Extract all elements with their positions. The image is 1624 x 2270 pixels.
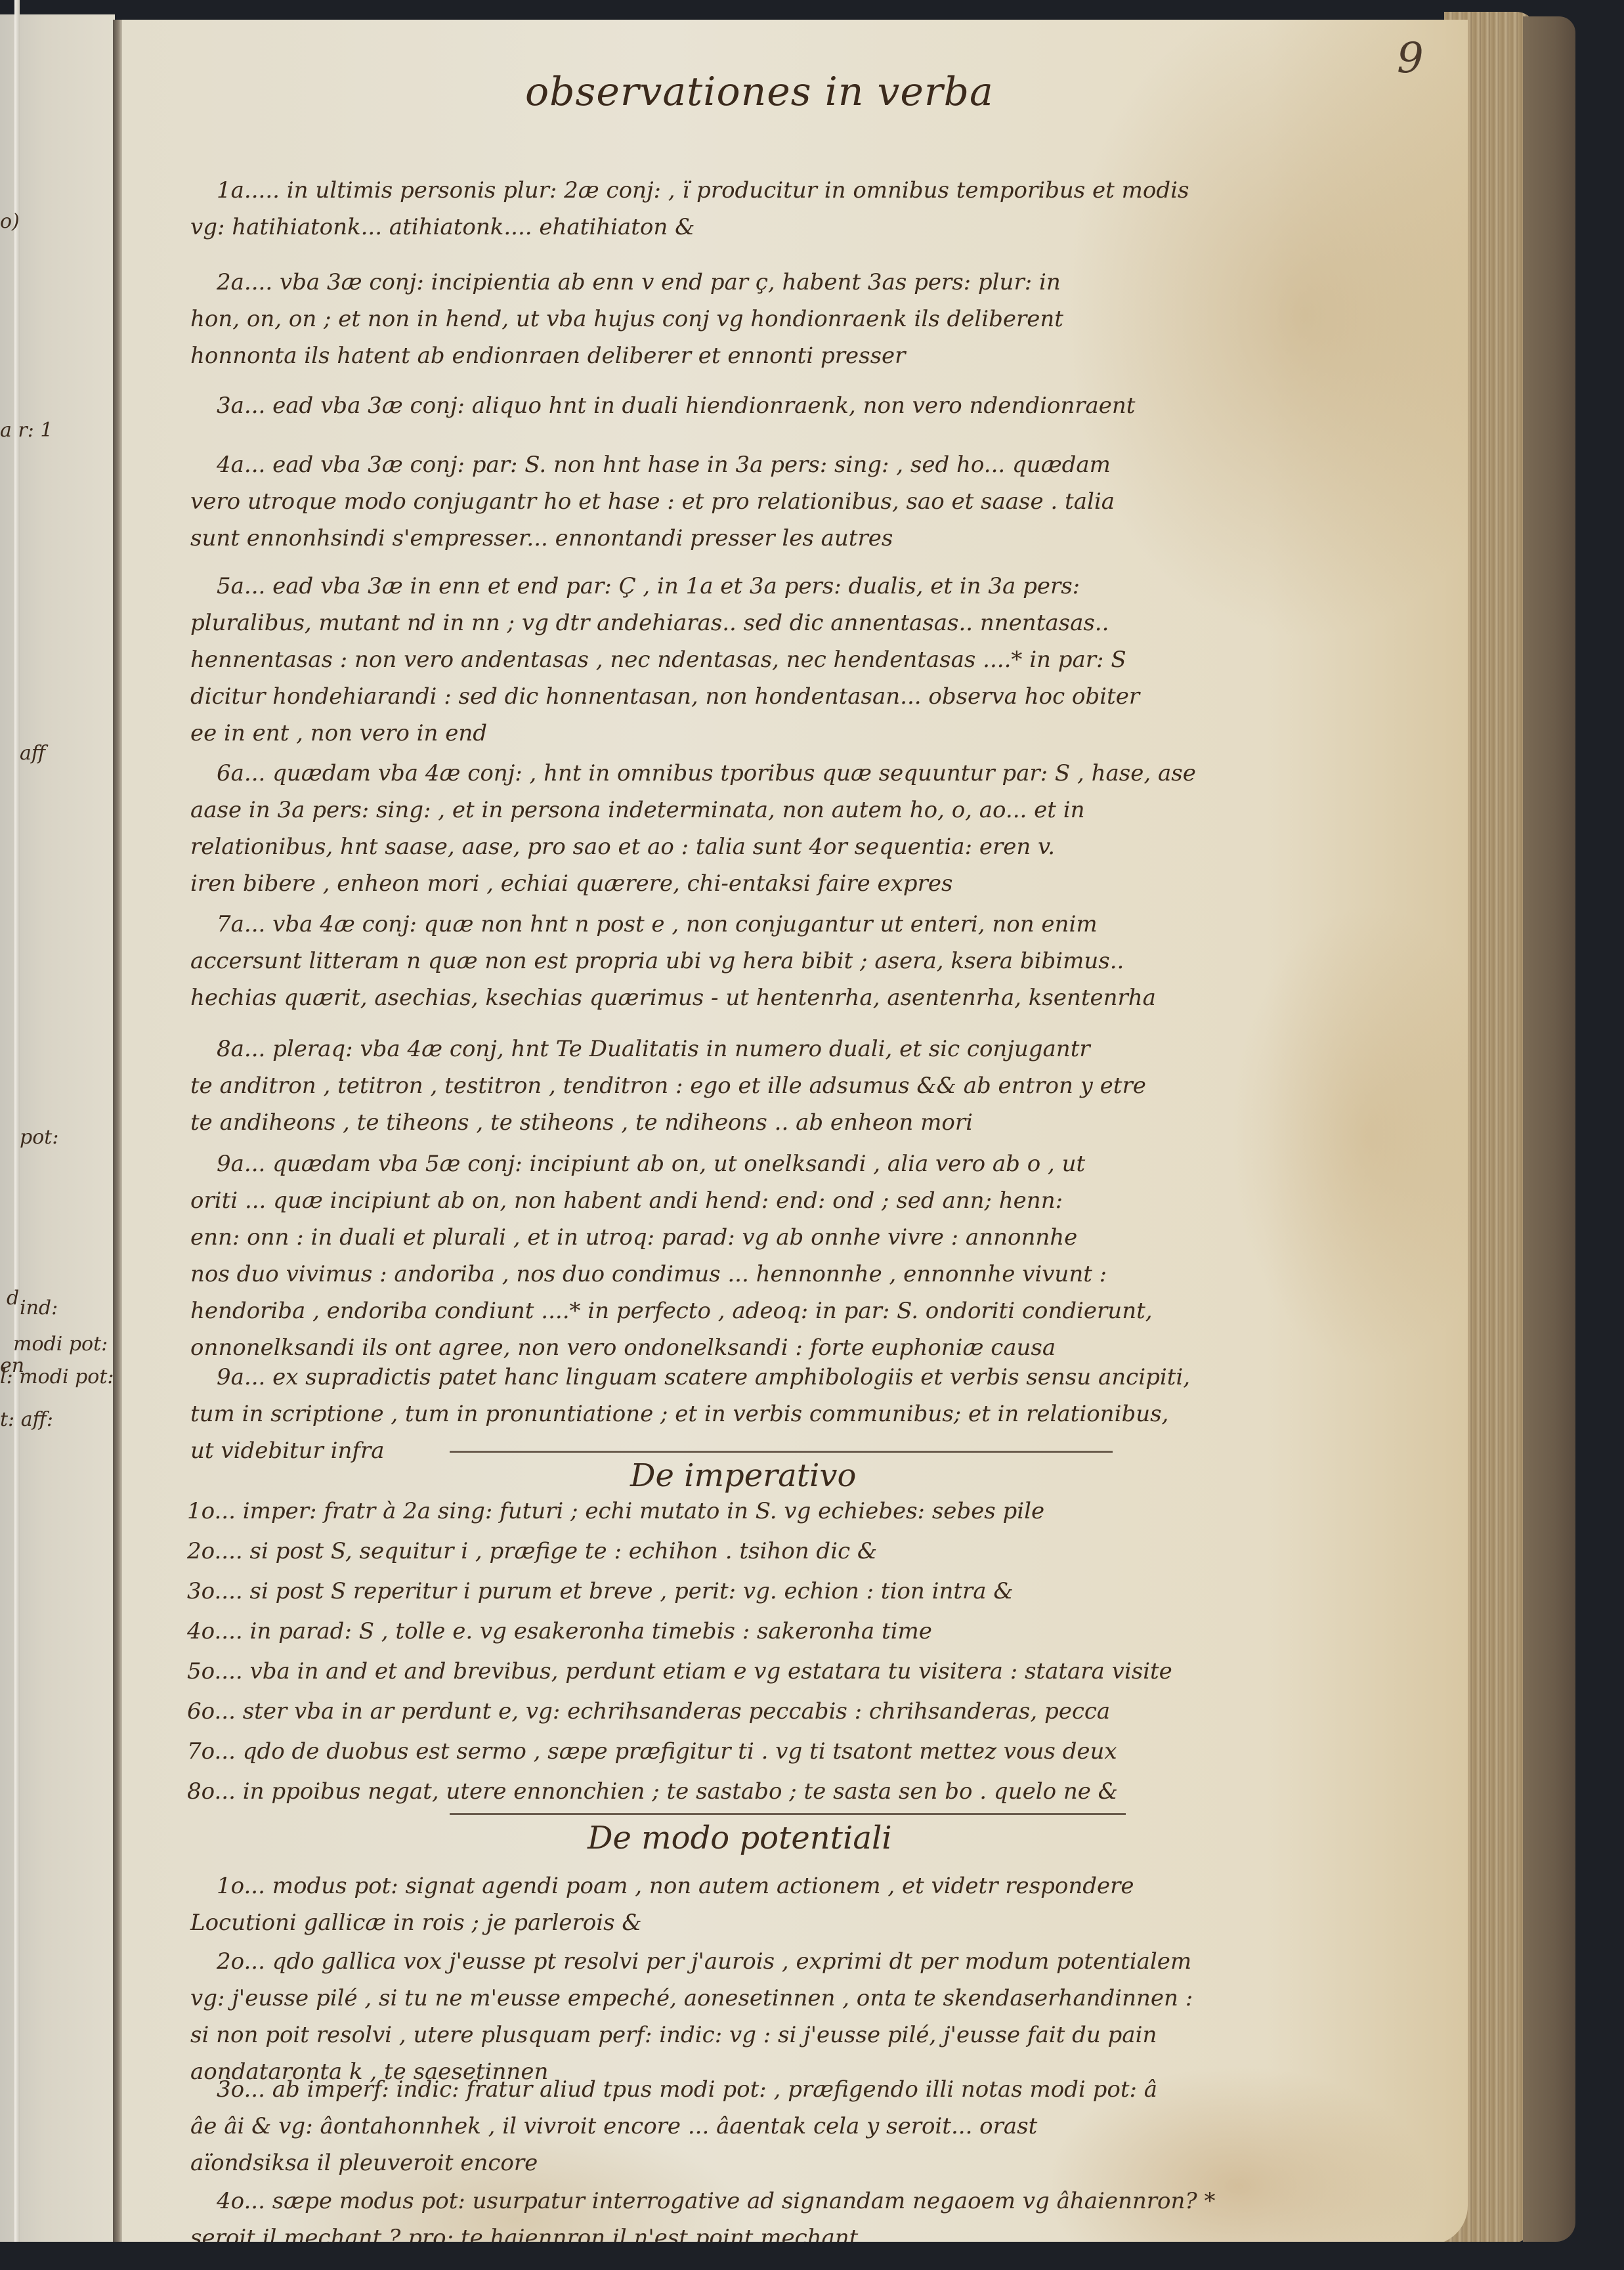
observation-2: 2a.... vba 3æ conj: incipientia ab enn v… [217, 264, 1451, 374]
margin-note: o) [0, 210, 20, 233]
list-item: 6o... ster vba in ar perdunt e, vg: echr… [187, 1692, 1421, 1732]
text-line: iren bibere , enheon mori , echiai quære… [190, 865, 1451, 902]
text-line: 9a... quædam vba 5æ conj: incipiunt ab o… [217, 1146, 1451, 1182]
observation-9: 9a... quædam vba 5æ conj: incipiunt ab o… [217, 1146, 1451, 1366]
observation-7: 7a... vba 4æ conj: quæ non hnt n post e … [217, 906, 1451, 1016]
text-line: 4o... sæpe modus pot: usurpatur interrog… [217, 2183, 1451, 2219]
margin-note: d [7, 1287, 19, 1310]
text-line: 2o... qdo gallica vox j'eusse pt resolvi… [217, 1943, 1451, 1980]
text-line: vg: j'eusse pilé , si tu ne m'eusse empe… [190, 1980, 1451, 2017]
text-line: vero utroque modo conjugantr ho et hase … [190, 483, 1451, 520]
text-line: oriti ... quæ incipiunt ab on, non haben… [190, 1182, 1451, 1219]
book-cover-edge [1523, 16, 1575, 2242]
text-line: te andiheons , te tiheons , te stiheons … [190, 1104, 1451, 1141]
observation-1: 1a..... in ultimis personis plur: 2æ con… [217, 172, 1451, 246]
potentiali-item-2: 2o... qdo gallica vox j'eusse pt resolvi… [217, 1943, 1451, 2090]
text-line: dicitur hondehiarandi : sed dic honnenta… [190, 678, 1451, 715]
imperativo-list: 1o... imper: fratr à 2a sing: futuri ; e… [187, 1491, 1421, 1812]
text-line: 6a... quædam vba 4æ conj: , hnt in omnib… [217, 755, 1451, 792]
text-line: 9a... ex supradictis patet hanc linguam … [217, 1359, 1451, 1396]
background-bottom [0, 2242, 1624, 2270]
list-item: 4o.... in parad: S , tolle e. vg esakero… [187, 1612, 1421, 1652]
section-divider [450, 1813, 1126, 1815]
text-line: enn: onn : in duali et plurali , et in u… [190, 1219, 1451, 1256]
page-clip-strip [14, 0, 20, 2270]
text-line: 4a... ead vba 3æ conj: par: S. non hnt h… [217, 446, 1451, 483]
text-line: 8a... pleraq: vba 4æ conj, hnt Te Dualit… [217, 1031, 1451, 1067]
text-line: relationibus, hnt saase, aase, pro sao e… [190, 828, 1451, 865]
page-title: observationes in verba [525, 69, 1116, 115]
observation-4: 4a... ead vba 3æ conj: par: S. non hnt h… [217, 446, 1451, 557]
text-line: 3o... ab imperf: indic: fratur aliud tpu… [217, 2071, 1451, 2108]
text-line: aïondsiksa il pleuveroit encore [190, 2145, 1451, 2181]
section-heading-potentiali: De modo potentiali [588, 1820, 892, 1856]
text-line: si non poit resolvi , utere plusquam per… [190, 2017, 1451, 2053]
text-line: âe âi & vg: âontahonnhek , il vivroit en… [190, 2108, 1451, 2145]
margin-note: t: aff: [0, 1408, 53, 1431]
text-line: 1o... modus pot: signat agendi poam , no… [217, 1868, 1451, 1904]
text-line: 7a... vba 4æ conj: quæ non hnt n post e … [217, 906, 1451, 943]
text-line: hon, on, on ; et non in hend, ut vba huj… [190, 301, 1451, 337]
text-line: 5a... ead vba 3æ in enn et end par: Ç , … [217, 568, 1451, 605]
observation-8: 8a... pleraq: vba 4æ conj, hnt Te Dualit… [217, 1031, 1451, 1141]
potentiali-item-1: 1o... modus pot: signat agendi poam , no… [217, 1868, 1451, 1941]
margin-note: aff [20, 742, 45, 765]
margin-note: pot: [20, 1126, 58, 1149]
list-item: 7o... qdo de duobus est sermo , sæpe præ… [187, 1732, 1421, 1772]
margin-note: ind: [20, 1296, 58, 1319]
margin-note: modi pot: [13, 1333, 108, 1356]
list-item: 3o.... si post S reperitur i purum et br… [187, 1572, 1421, 1612]
text-line: tum in scriptione , tum in pronuntiation… [190, 1396, 1451, 1432]
observation-3: 3a... ead vba 3æ conj: aliquo hnt in dua… [217, 387, 1451, 424]
text-line: hendoriba , endoriba condiunt ....* in p… [190, 1293, 1451, 1329]
text-line: 3a... ead vba 3æ conj: aliquo hnt in dua… [217, 387, 1451, 424]
section-heading-imperativo: De imperativo [630, 1457, 856, 1494]
text-line: aase in 3a pers: sing: , et in persona i… [190, 792, 1451, 828]
text-line: hechias quærit, asechias, ksechias quæri… [190, 979, 1451, 1016]
text-line: honnonta ils hatent ab endionraen delibe… [190, 337, 1451, 374]
text-line: sunt ennonhsindi s'empresser... ennontan… [190, 520, 1451, 557]
margin-note: l: modi pot: [0, 1365, 114, 1388]
list-item: 5o.... vba in and et and brevibus, perdu… [187, 1652, 1421, 1692]
potentiali-item-3: 3o... ab imperf: indic: fratur aliud tpu… [217, 2071, 1451, 2181]
text-line: vg: hatihiatonk... atihiatonk.... ehatih… [190, 209, 1451, 246]
observation-5: 5a... ead vba 3æ in enn et end par: Ç , … [217, 568, 1451, 752]
text-line: Locutioni gallicæ in rois ; je parlerois… [190, 1904, 1451, 1941]
text-line: te anditron , tetitron , testitron , ten… [190, 1067, 1451, 1104]
observation-6: 6a... quædam vba 4æ conj: , hnt in omnib… [217, 755, 1451, 902]
page-number: 9 [1397, 34, 1424, 83]
margin-note: a r: 1 [0, 419, 53, 442]
text-line: 2a.... vba 3æ conj: incipientia ab enn v… [217, 264, 1451, 301]
text-line: hennentasas : non vero andentasas , nec … [190, 641, 1451, 678]
list-item: 1o... imper: fratr à 2a sing: futuri ; e… [187, 1491, 1421, 1531]
list-item: 2o.... si post S, sequitur i , præfige t… [187, 1531, 1421, 1572]
text-line: accersunt litteram n quæ non est propria… [190, 943, 1451, 979]
list-item: 8o... in ppoibus negat, utere ennonchien… [187, 1772, 1421, 1812]
text-line: pluralibus, mutant nd in nn ; vg dtr and… [190, 605, 1451, 641]
text-line: ee in ent , non vero in end [190, 715, 1451, 752]
text-line: nos duo vivimus : andoriba , nos duo con… [190, 1256, 1451, 1293]
section-divider [450, 1451, 1113, 1453]
text-line: 1a..... in ultimis personis plur: 2æ con… [217, 172, 1451, 209]
